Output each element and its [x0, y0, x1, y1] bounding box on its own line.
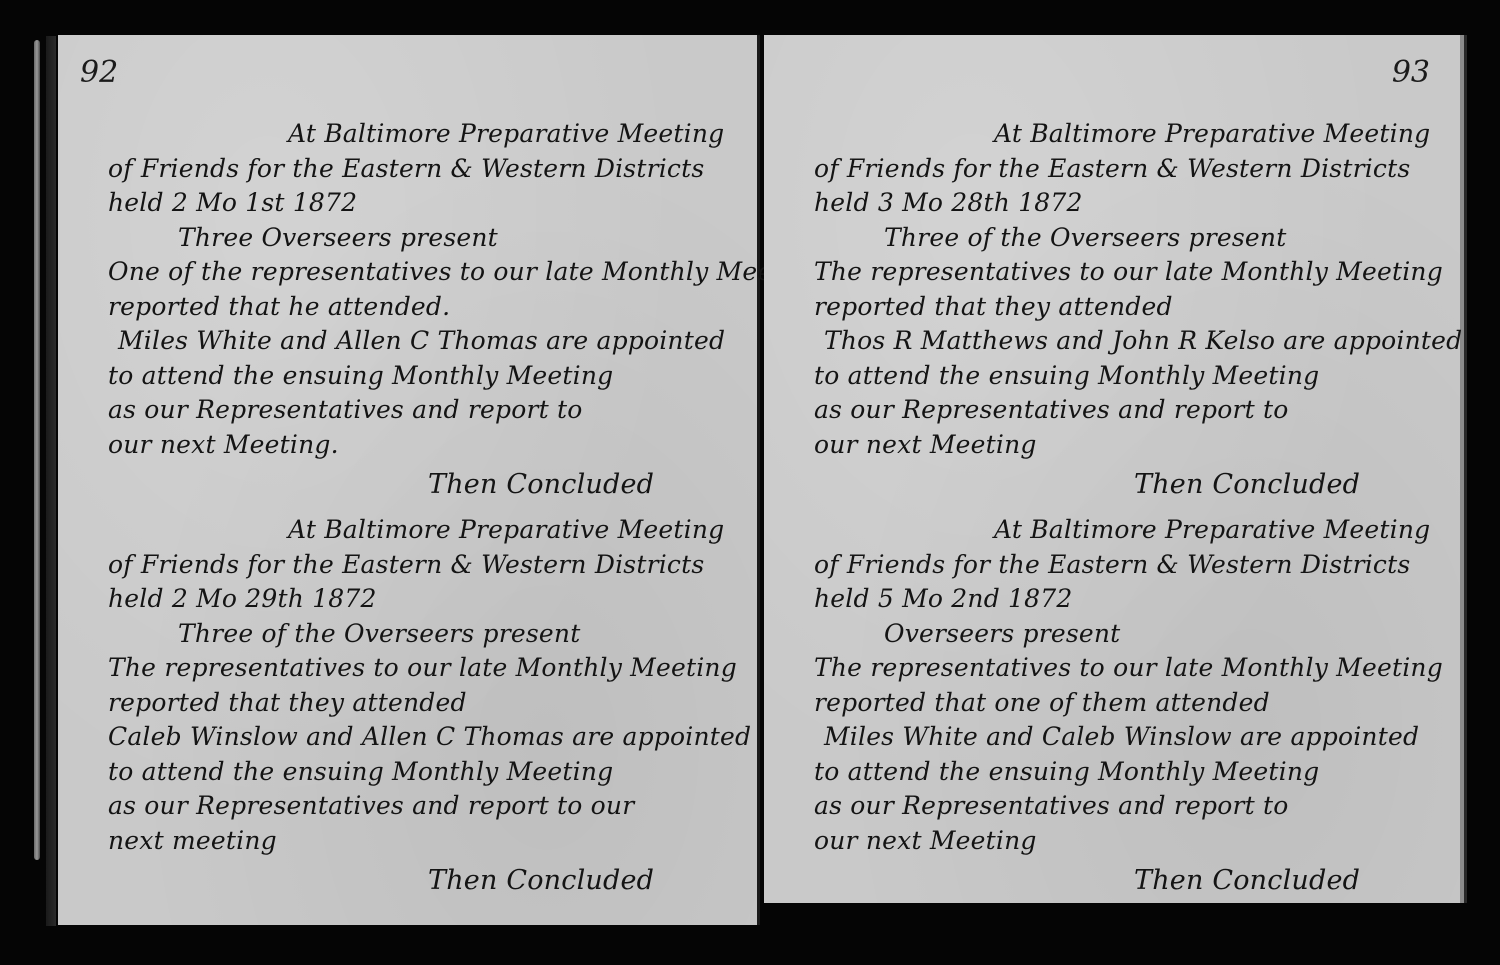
entry-body-line: to attend the ensuing Monthly Meeting [108, 359, 737, 394]
entry-body-line: reported that one of them attended [814, 686, 1440, 721]
entry-body-line: as our Representatives and report to [108, 393, 737, 428]
minute-entry: At Baltimore Preparative Meeting of Frie… [108, 513, 737, 899]
entry-heading: At Baltimore Preparative Meeting [108, 117, 737, 152]
minute-entry: At Baltimore Preparative Meeting of Frie… [108, 117, 737, 503]
entry-date: held 5 Mo 2nd 1872 [814, 582, 1440, 617]
minute-entry: At Baltimore Preparative Meeting of Frie… [814, 513, 1440, 899]
entry-body-line: our next Meeting. [108, 428, 737, 463]
minute-entry: At Baltimore Preparative Meeting of Frie… [814, 117, 1440, 503]
page-stack-edge [34, 40, 40, 860]
page-number-right: 93 [1392, 55, 1430, 90]
entry-body-line: to attend the ensuing Monthly Meeting [814, 359, 1440, 394]
entry-closing: Then Concluded [814, 864, 1440, 899]
entry-closing: Then Concluded [814, 468, 1440, 503]
entry-body-line: to attend the ensuing Monthly Meeting [108, 755, 737, 790]
entry-heading: At Baltimore Preparative Meeting [814, 117, 1440, 152]
entry-attendance: Three of the Overseers present [814, 221, 1440, 256]
entry-body-line: as our Representatives and report to our [108, 789, 737, 824]
entry-body-line: Caleb Winslow and Allen C Thomas are app… [108, 720, 737, 755]
entry-body-line: to attend the ensuing Monthly Meeting [814, 755, 1440, 790]
entry-body-line: our next Meeting [814, 824, 1440, 859]
entry-body-line: next meeting [108, 824, 737, 859]
entry-body-line: The representatives to our late Monthly … [108, 651, 737, 686]
entry-subheading: of Friends for the Eastern & Western Dis… [108, 548, 737, 583]
entry-subheading: of Friends for the Eastern & Western Dis… [108, 152, 737, 187]
entry-body-line: Thos R Matthews and John R Kelso are app… [814, 324, 1440, 359]
entry-attendance: Three of the Overseers present [108, 617, 737, 652]
entry-date: held 2 Mo 1st 1872 [108, 186, 737, 221]
entry-body-line: Miles White and Caleb Winslow are appoin… [814, 720, 1440, 755]
entry-body-line: The representatives to our late Monthly … [814, 651, 1440, 686]
entry-body-line: our next Meeting [814, 428, 1440, 463]
binding-shadow [46, 36, 56, 926]
entry-heading: At Baltimore Preparative Meeting [814, 513, 1440, 548]
entry-body-line: Miles White and Allen C Thomas are appoi… [108, 324, 737, 359]
entry-body-line: reported that he attended. [108, 290, 737, 325]
entry-attendance: Three Overseers present [108, 221, 737, 256]
entry-closing: Then Concluded [108, 864, 737, 899]
entry-closing: Then Concluded [108, 468, 737, 503]
right-page: 93 At Baltimore Preparative Meeting of F… [764, 35, 1464, 903]
entry-subheading: of Friends for the Eastern & Western Dis… [814, 152, 1440, 187]
entry-body-line: The representatives to our late Monthly … [814, 255, 1440, 290]
entry-body-line: as our Representatives and report to [814, 789, 1440, 824]
entry-body-line: as our Representatives and report to [814, 393, 1440, 428]
page-number-left: 92 [80, 55, 118, 90]
entry-date: held 3 Mo 28th 1872 [814, 186, 1440, 221]
left-page: 92 At Baltimore Preparative Meeting of F… [58, 35, 760, 925]
entry-body-line: One of the representatives to our late M… [108, 255, 737, 290]
entry-body-line: reported that they attended [108, 686, 737, 721]
entry-date: held 2 Mo 29th 1872 [108, 582, 737, 617]
entry-heading: At Baltimore Preparative Meeting [108, 513, 737, 548]
entry-body-line: reported that they attended [814, 290, 1440, 325]
entry-subheading: of Friends for the Eastern & Western Dis… [814, 548, 1440, 583]
entry-attendance: Overseers present [814, 617, 1440, 652]
